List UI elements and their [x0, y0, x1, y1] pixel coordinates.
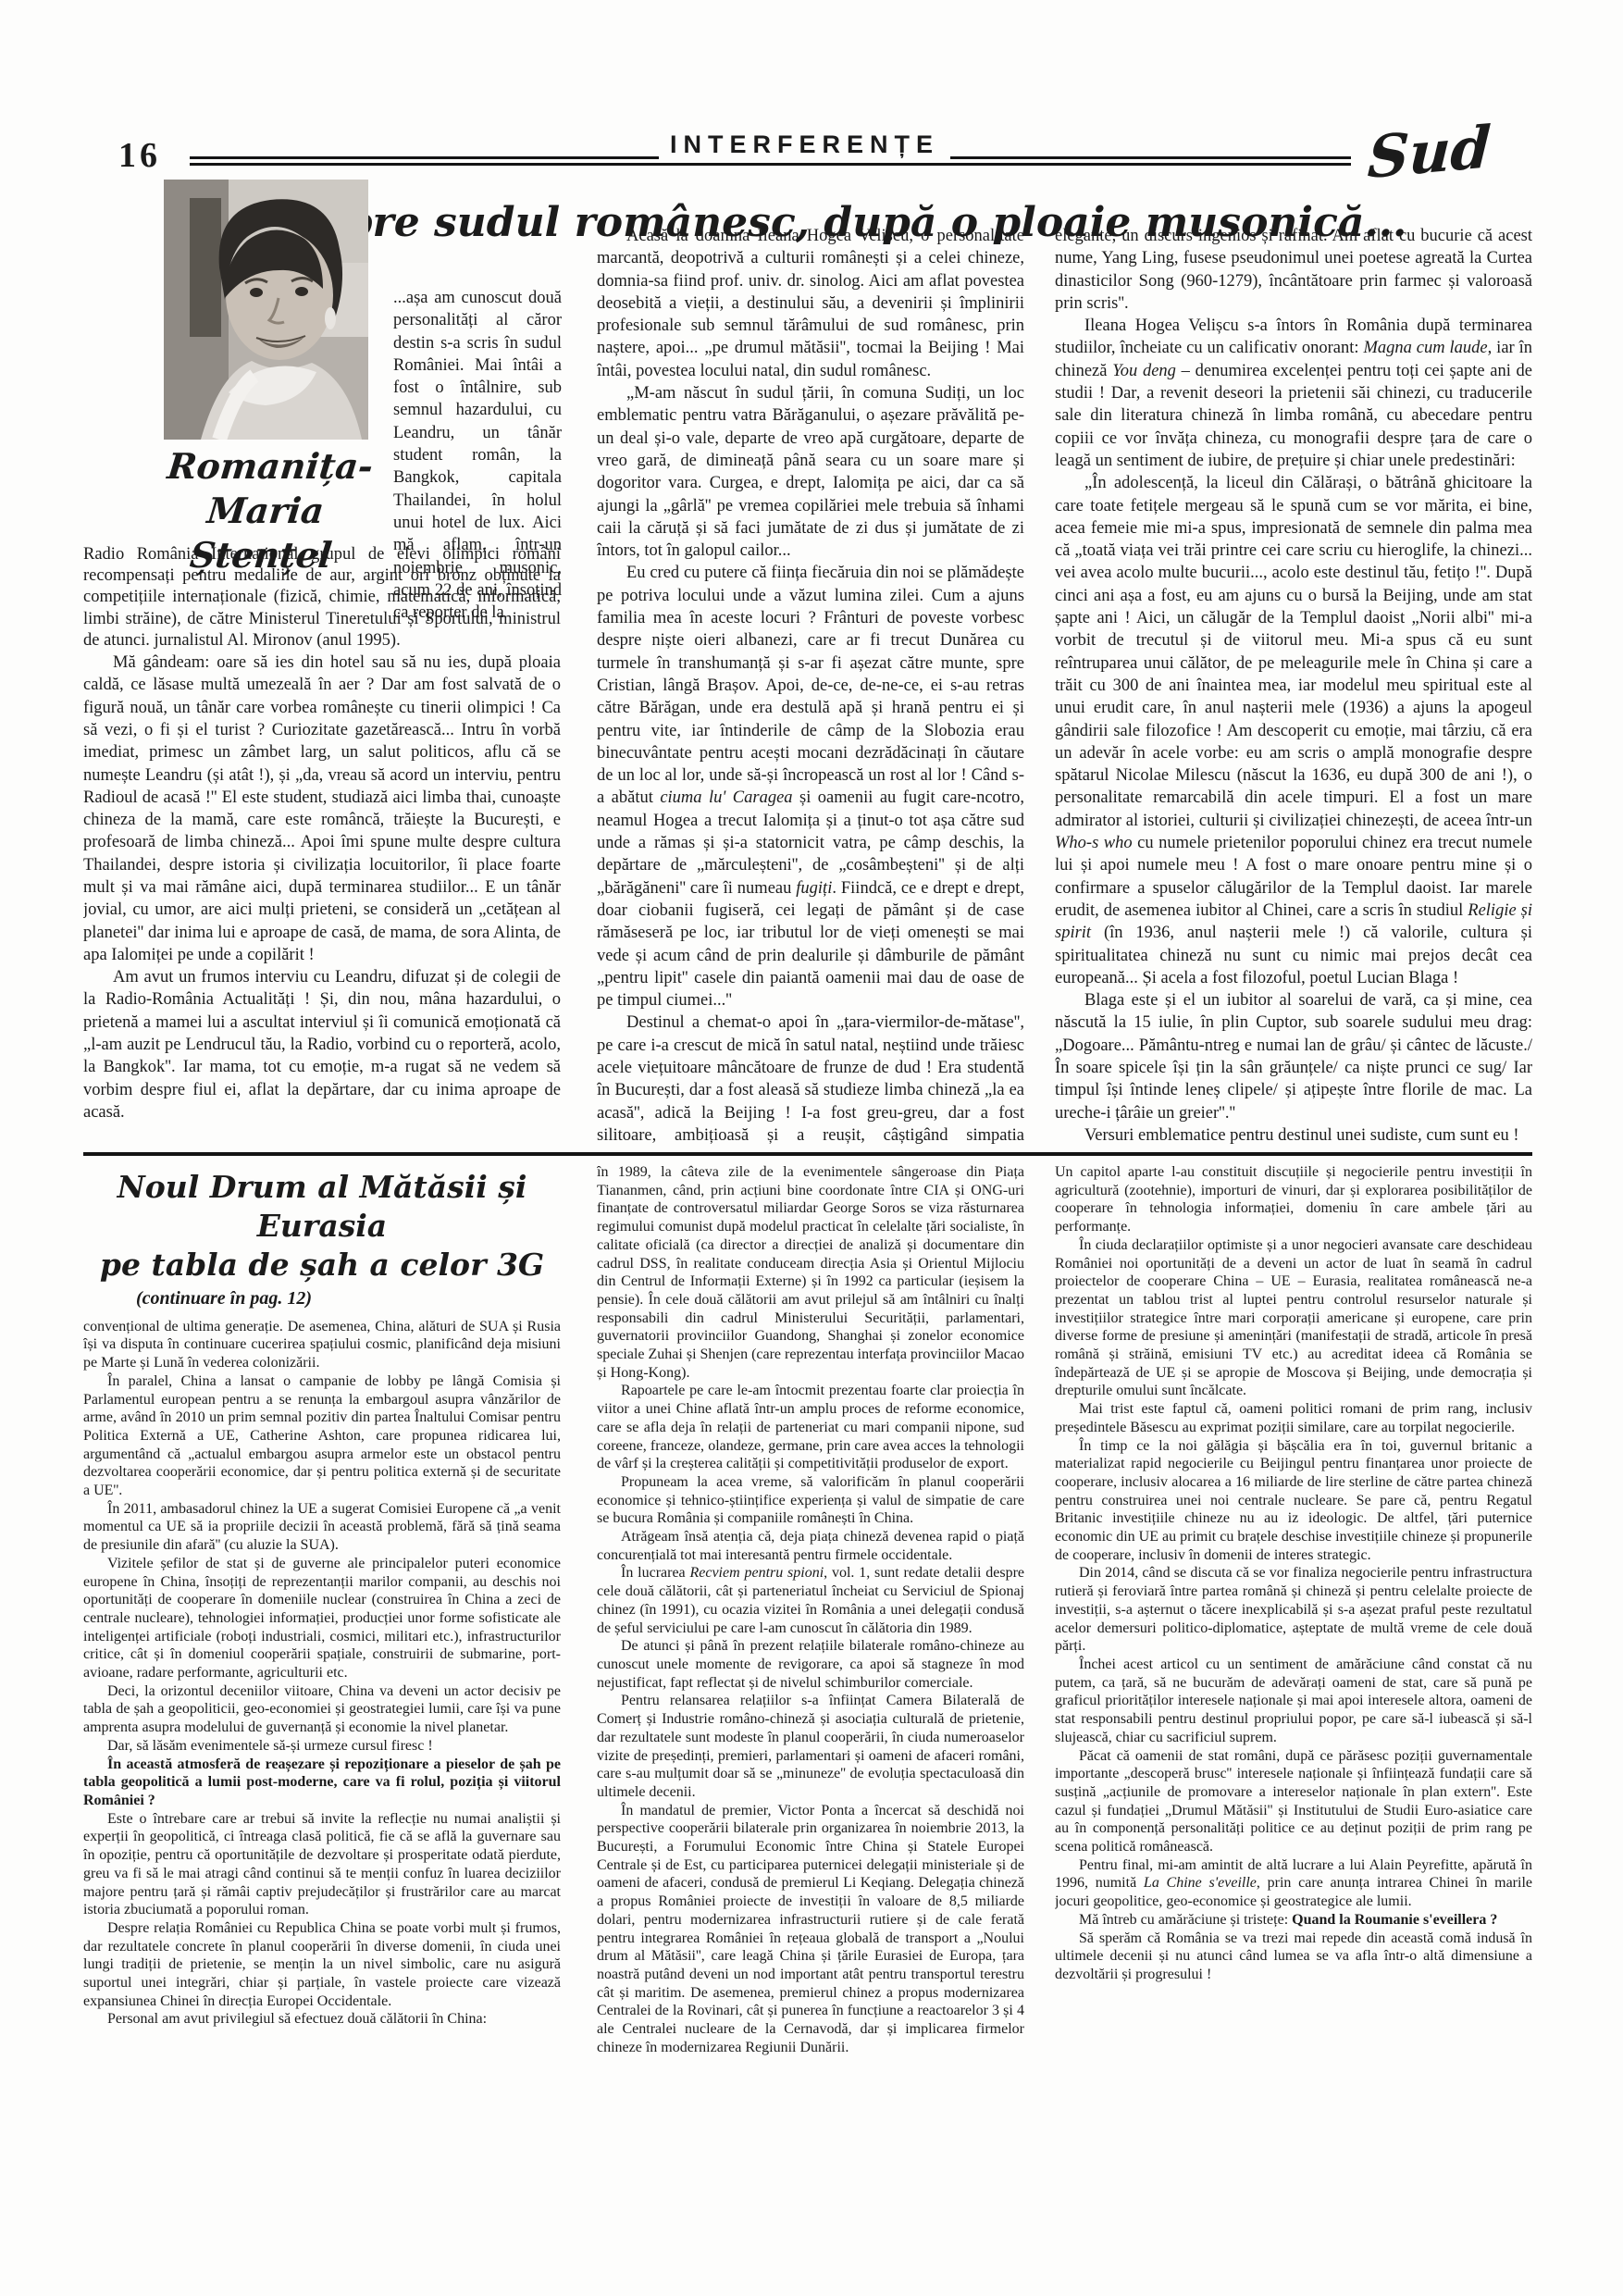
portrait-photo	[164, 180, 368, 440]
bottom-article-headline: Noul Drum al Mătăsii și Eurasia pe tabla…	[83, 1168, 561, 1285]
paragraph: Am avut un frumos interviu cu Leandru, d…	[83, 966, 561, 1123]
paragraph: Mă gândeam: oare să ies din hotel sau să…	[83, 652, 561, 966]
bottom-article-column-2: în 1989, la câteva zile de la evenimente…	[597, 1163, 1024, 2147]
bottom-headline-line-1: Noul Drum al Mătăsii și Eurasia	[118, 1169, 527, 1244]
paragraph: Dar, să lăsăm evenimentele să-și urmeze …	[83, 1737, 561, 1756]
paragraph: În paralel, China a lansat o campanie de…	[83, 1372, 561, 1500]
paragraph: Pentru relansarea relațiilor s-a înființ…	[597, 1692, 1024, 1801]
paragraph: Propuneam la acea vreme, să valorificăm …	[597, 1473, 1024, 1528]
paragraph: „M-am născut în sudul țării, în comuna S…	[597, 382, 1024, 562]
paragraph: Rapoartele pe care le-am întocmit prezen…	[597, 1382, 1024, 1473]
paragraph: În mandatul de premier, Victor Ponta a î…	[597, 1802, 1024, 2057]
caption-line-1: Romanița-Maria	[115, 444, 420, 533]
paragraph: Personal am avut privilegiul să efectuez…	[83, 2010, 561, 2029]
paragraph: Să sperăm că România se va trezi mai rep…	[1055, 1930, 1532, 1984]
page-number: 16	[118, 135, 161, 176]
paragraph: Mă întreb cu amărăciune și tristețe: Qua…	[1055, 1911, 1532, 1930]
paragraph: Ileana Hogea Velișcu s-a întors în Român…	[1055, 315, 1532, 472]
paragraph: Deci, la orizontul deceniilor viitoare, …	[83, 1682, 561, 1737]
paragraph: În ciuda declarațiilor optimiste și a un…	[1055, 1236, 1532, 1400]
paragraph: Din 2014, când se discuta că se vor fina…	[1055, 1564, 1532, 1656]
paragraph: În timp ce la noi gălăgia și bășcălia er…	[1055, 1437, 1532, 1565]
paragraph: Versuri emblematice pentru destinul unei…	[1055, 1124, 1532, 1146]
paragraph: Închei acest articol cu un sentiment de …	[1055, 1656, 1532, 1747]
paragraph: în 1989, la câteva zile de la evenimente…	[597, 1163, 1024, 1382]
paragraph: Radio România Internațional grupul de el…	[83, 544, 561, 652]
bottom-article-column-1: Noul Drum al Mătăsii și Eurasia pe tabla…	[83, 1168, 561, 2147]
newspaper-page: 16 INTERFERENȚE Sud Spre sudul românesc,…	[0, 0, 1623, 2296]
paragraph: Despre relația României cu Republica Chi…	[83, 1919, 561, 2011]
paragraph: elegante, un discurs ingenios și rafinat…	[1055, 225, 1532, 315]
paragraph: Acasă la doamna Ileana Hogea Velișcu, o …	[597, 225, 1024, 382]
paragraph: Este o întrebare care ar trebui să invit…	[83, 1810, 561, 1919]
paragraph: Blaga este și el un iubitor al soarelui …	[1055, 989, 1532, 1124]
paragraph: De atunci și până în prezent relațiile b…	[597, 1637, 1024, 1692]
paragraph: În această atmosferă de reașezare și rep…	[83, 1756, 561, 1810]
paragraph: Eu cred cu putere că ființa fiecăruia di…	[597, 562, 1024, 1011]
article-divider-rule	[83, 1152, 1532, 1156]
section-title: INTERFERENȚE	[659, 130, 950, 161]
paragraph: Mai trist este faptul că, oameni politic…	[1055, 1400, 1532, 1436]
paragraph: Un capitol aparte l-au constituit discuț…	[1055, 1163, 1532, 1236]
paragraph: În 2011, ambasadorul chinez la UE a suge…	[83, 1500, 561, 1555]
top-article-column-1: Radio România Internațional grupul de el…	[83, 544, 561, 1144]
bottom-article-column-3: Un capitol aparte l-au constituit discuț…	[1055, 1163, 1532, 2147]
paragraph: Destinul a chemat-o apoi în „țara-viermi…	[597, 1011, 1024, 1146]
paragraph: Păcat că oamenii de stat români, după ce…	[1055, 1747, 1532, 1856]
paragraph: În lucrarea Recviem pentru spioni, vol. …	[597, 1564, 1024, 1637]
top-article-column-3: elegante, un discurs ingenios și rafinat…	[1055, 225, 1532, 1146]
paragraph: Pentru final, mi-am amintit de altă lucr…	[1055, 1856, 1532, 1911]
paragraph: „În adolescență, la liceul din Călărași,…	[1055, 472, 1532, 989]
top-article-column-2: Acasă la doamna Ileana Hogea Velișcu, o …	[597, 225, 1024, 1146]
paragraph: Vizitele șefilor de stat și de guverne a…	[83, 1555, 561, 1682]
newspaper-logo: Sud	[1366, 113, 1493, 192]
bottom-column-1-text: convențional de ultima generație. De ase…	[83, 1318, 561, 2029]
paragraph: Atrăgeam însă atenția că, deja piața chi…	[597, 1528, 1024, 1564]
paragraph: convențional de ultima generație. De ase…	[83, 1318, 561, 1372]
portrait-photo-graphic	[164, 180, 368, 440]
bottom-headline-line-2: pe tabla de șah a celor 3G	[100, 1247, 544, 1283]
continuation-note: (continuare în pag. 12)	[136, 1290, 561, 1309]
